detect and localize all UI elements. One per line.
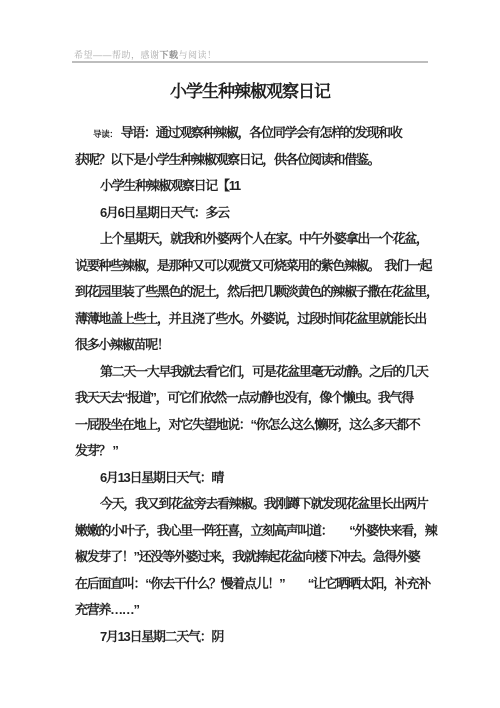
document-body: 导读：导语：通过观察种辣椒，各位同学会有怎样的发现和收获呢？以下是小学生种辣椒观…: [75, 120, 437, 650]
text-line: 充营养……”: [75, 597, 437, 624]
text-line: 在后面直叫：“你去干什么？慢着点儿！” “让它晒晒太阳，补充补: [75, 571, 437, 598]
text-line: 6月13日星期日天气：晴: [75, 465, 437, 492]
text-line: 导读：导语：通过观察种辣椒，各位同学会有怎样的发现和收: [75, 120, 437, 147]
text-line: 上个星期天，就我和外婆两个人在家。中午外婆拿出一个花盆，: [75, 226, 437, 253]
text-line: 今天，我又到花盆旁去看辣椒。我刚蹲下就发现花盆里长出两片: [75, 491, 437, 518]
header-watermark: 希望——帮助，感谢下载与阅读！: [74, 48, 217, 61]
text-line: 我天天去“报道”，可它们依然一点动静也没有，像个懒虫。我气得: [75, 385, 437, 412]
watermark-text-bold: 下载: [160, 50, 179, 60]
page-title: 小学生种辣椒观察日记: [0, 77, 500, 102]
text-line: 发芽？ ”: [75, 438, 437, 465]
text-line: 椒发芽了！”还没等外婆过来，我就捧起花盆向楼下冲去。急得外婆: [75, 544, 437, 571]
document-page: 希望——帮助，感谢下载与阅读！ 小学生种辣椒观察日记 导读：导语：通过观察种辣椒…: [0, 0, 500, 708]
text-line: 第二天一大早我就去看它们，可是花盆里毫无动静。之后的几天: [75, 359, 437, 386]
text-line: 很多小辣椒苗呢！: [75, 332, 437, 359]
text-line: 薄薄地盖上些土，并且浇了些水。外婆说，过段时间花盆里就能长出: [75, 306, 437, 333]
header-divider: [72, 61, 428, 63]
text-line: 6月6日星期日天气：多云: [75, 200, 437, 227]
text-line: 到花园里装了些黑色的泥土，然后把几颗淡黄色的辣椒子撒在花盆里，: [75, 279, 437, 306]
text-line: 嫩嫩的小叶子，我心里一阵狂喜，立刻高声叫道： “外婆快来看，辣: [75, 518, 437, 545]
watermark-text-post: 与阅读！: [179, 50, 217, 60]
watermark-text-pre: 希望——帮助，感谢: [74, 50, 160, 60]
text-line: 小学生种辣椒观察日记【11: [75, 173, 437, 200]
text-line: 一屁股坐在地上，对它失望地说：“你怎么这么懒呀，这么多天都不: [75, 412, 437, 439]
lead-prefix: 导读：: [93, 129, 118, 139]
text-line: 7月13日星期二天气：阴: [75, 624, 437, 651]
text-line: 获呢？以下是小学生种辣椒观察日记，供各位阅读和借鉴。: [75, 147, 437, 174]
text-line: 说要种些辣椒，是那种又可以观赏又可烧菜用的紫色辣椒。 我们一起: [75, 253, 437, 280]
